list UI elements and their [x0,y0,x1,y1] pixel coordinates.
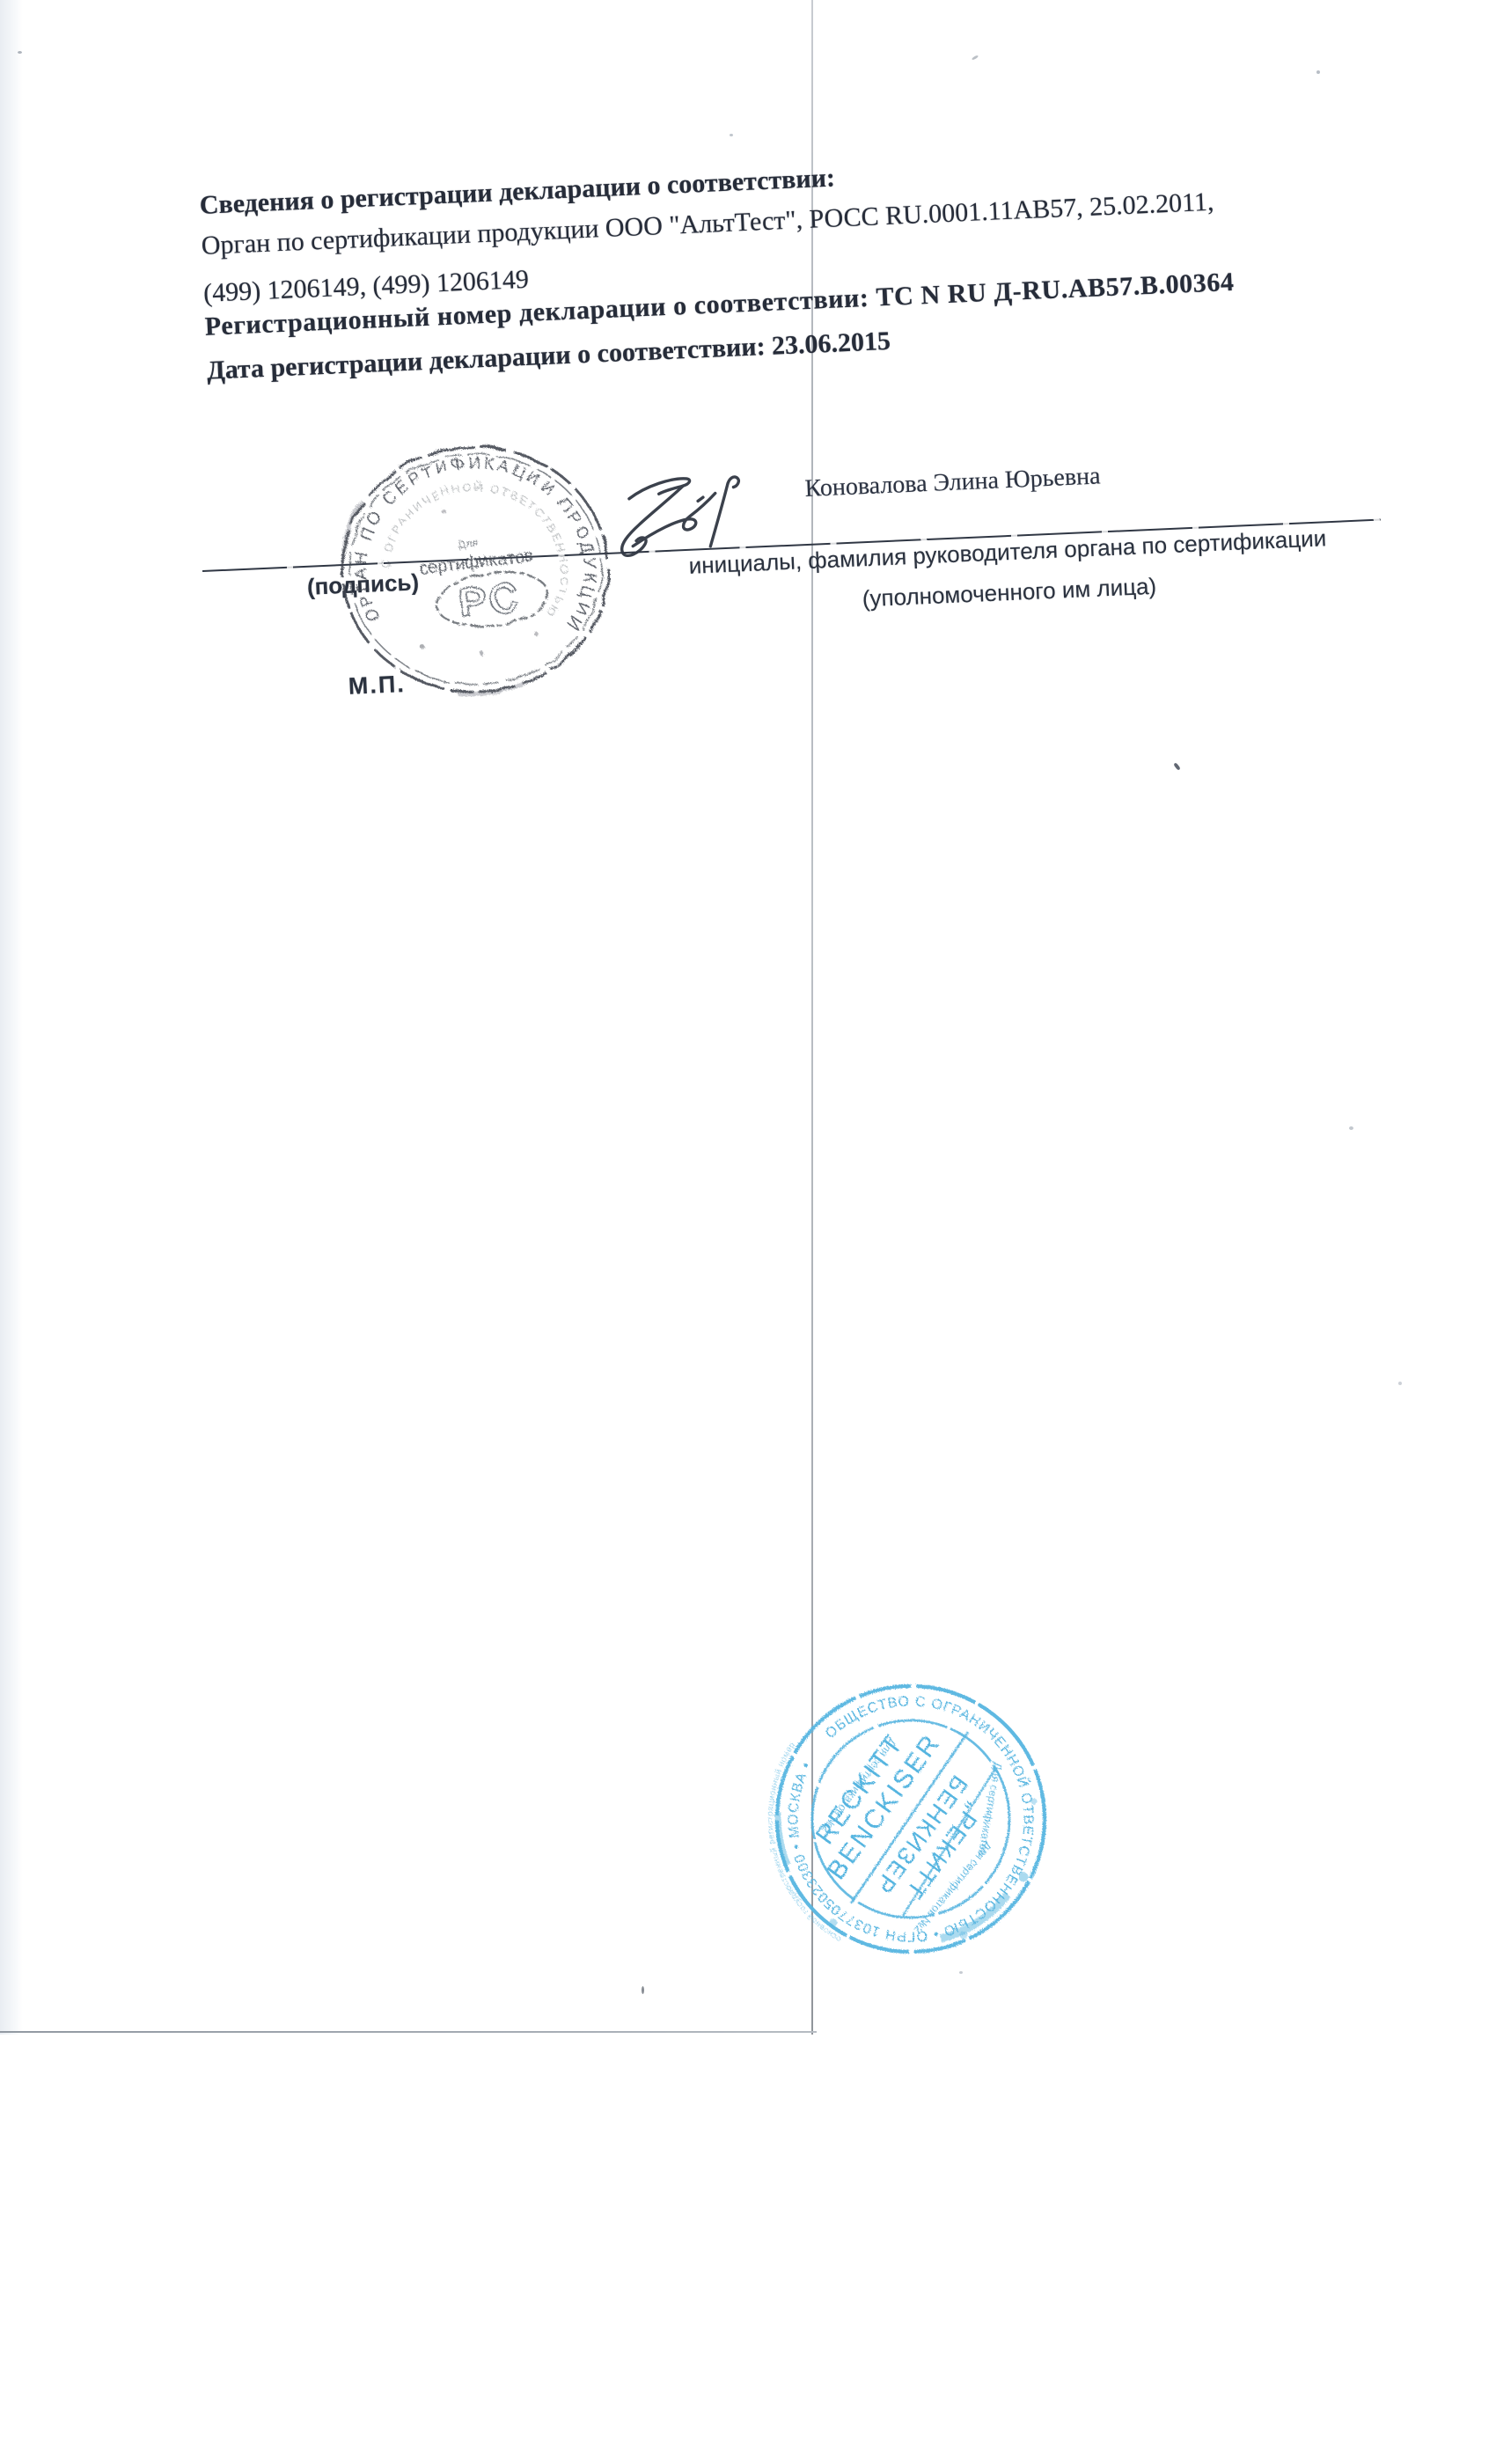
ink-speck [1019,1873,1028,1881]
horizontal-fold-line [0,2031,817,2033]
company-stamp: ОБЩЕСТВО С ОГРАНИЧЕННОЙ ОТВЕТСТВЕННОСТЬЮ… [759,1668,1062,1970]
head-name: Коновалова Элина Юрьевна [804,462,1101,503]
scan-speck [959,1971,963,1974]
page-edge-shadow [0,0,23,2035]
scan-speck [18,51,22,54]
scan-speck [972,55,979,61]
company-stamp-outer-ring [777,1686,1045,1952]
certification-stamp: ОРГАН ПО СЕРТИФИКАЦИИ ПРОДУКЦИИ С ОГРАНИ… [324,427,627,712]
scan-speck [1316,70,1320,74]
cert-stamp-word-dlya: для [458,535,479,551]
cert-stamp-logo-letters: РС [457,573,524,626]
ink-tick [1173,762,1181,771]
scanned-page: Сведения о регистрации декларации о соот… [0,0,1496,2464]
registration-info-block: Сведения о регистрации декларации о соот… [199,135,1440,417]
ink-tick [642,1986,644,1994]
signature-stroke [698,497,703,501]
ink-speck [480,652,484,656]
scan-speck [730,134,733,136]
ink-speck [960,1932,967,1939]
scan-speck [1349,1126,1353,1130]
ink-speck [1031,1799,1037,1804]
ink-speck [830,1919,837,1926]
scan-speck [1398,1382,1402,1385]
ink-speck [444,511,447,515]
ink-speck [421,645,424,649]
ink-speck [535,633,539,636]
signature-stroke [708,477,742,546]
